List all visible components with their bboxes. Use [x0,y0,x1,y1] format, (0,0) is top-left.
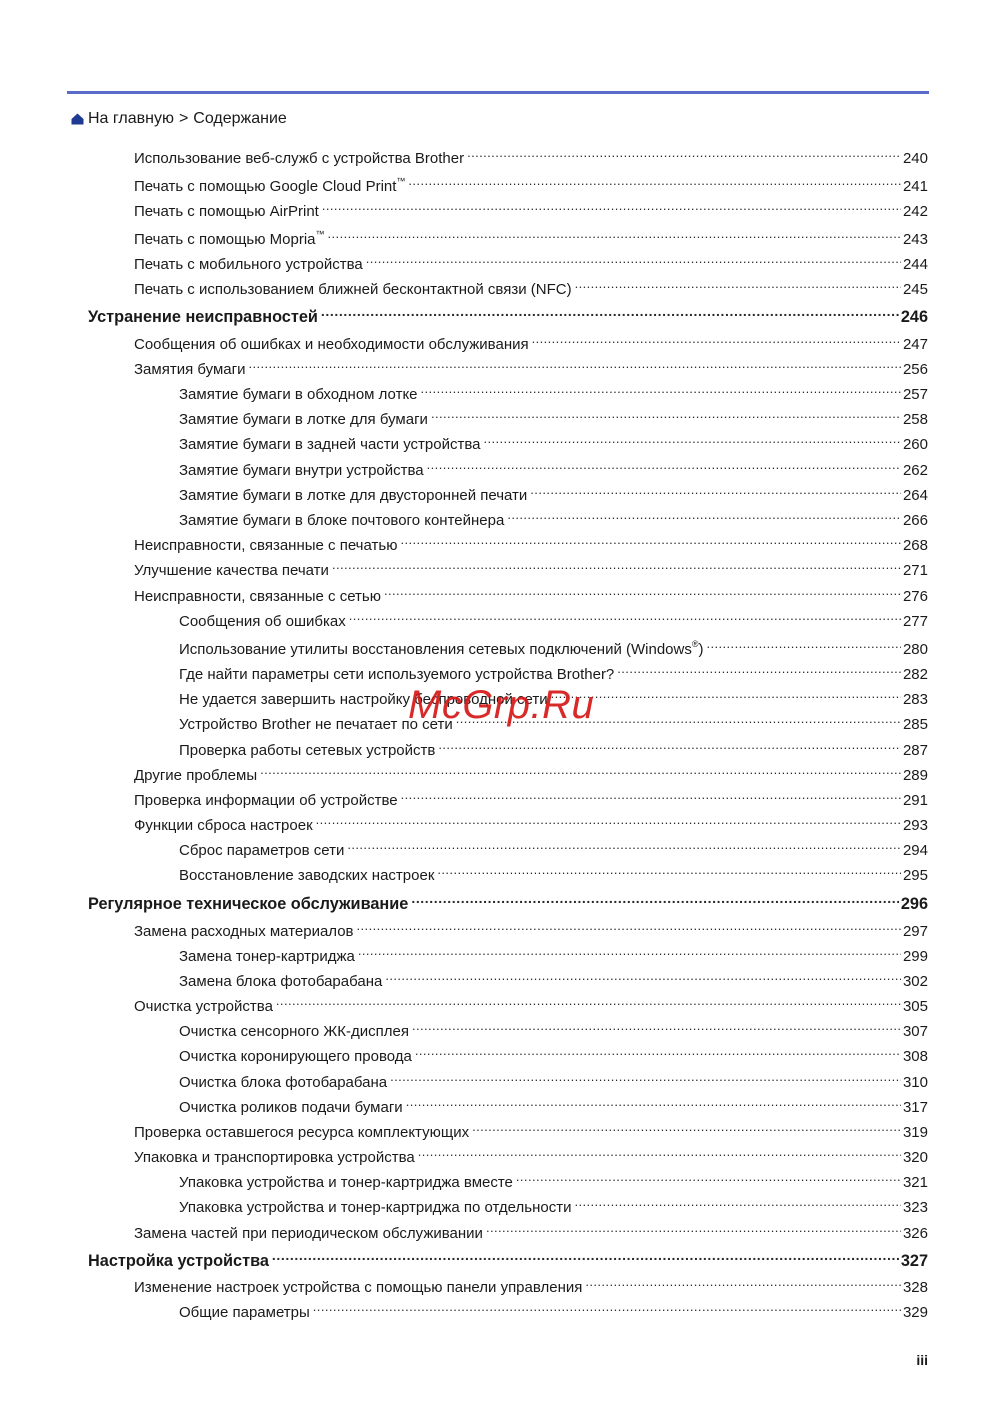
toc-page-number: 320 [901,1148,928,1168]
toc-page-number: 258 [901,410,928,430]
breadcrumb-separator: > [179,110,188,128]
dot-leader [321,302,899,322]
toc-entry-title: Замятие бумаги в блоке почтового контейн… [179,511,507,531]
toc-entry-title: Сообщения об ошибках [179,612,349,632]
toc-entry-title: Упаковка и транспортировка устройства [134,1148,418,1168]
toc-entry[interactable]: Печать с помощью Google Cloud Print™241 [134,171,928,191]
trademark-symbol: ® [692,639,699,649]
dot-leader [358,941,901,961]
dot-leader [316,810,901,830]
dot-leader [366,249,901,269]
dot-leader [313,1297,901,1317]
toc-entry-title: Очистка коронирующего провода [179,1047,415,1067]
dot-leader [408,171,901,191]
toc-entry-title: Очистка блока фотобарабана [179,1073,390,1093]
toc-entry[interactable]: Устройство Brother не печатает по сети28… [179,709,928,729]
toc-page-number: 317 [901,1098,928,1118]
dot-leader [276,991,901,1011]
dot-leader [706,634,900,654]
dot-leader [406,1092,901,1112]
toc-page-number: 262 [901,461,928,481]
toc-entry[interactable]: Сообщения об ошибках и необходимости обс… [134,329,928,349]
toc-page-number: 247 [901,335,928,355]
toc-page-number: 319 [901,1123,928,1143]
dot-leader [357,916,901,936]
toc-section-heading[interactable]: Устранение неисправностей246 [88,302,928,322]
toc-entry[interactable]: Очистка сенсорного ЖК-дисплея307 [179,1016,928,1036]
toc-entry[interactable]: Изменение настроек устройства с помощью … [134,1272,928,1292]
toc-entry[interactable]: Проверка информации об устройстве291 [134,785,928,805]
toc-page-number: 291 [901,791,928,811]
toc-page-number: 283 [901,690,928,710]
toc-page-number: 264 [901,486,928,506]
dot-leader [415,1041,901,1061]
toc-page-number: 310 [901,1073,928,1093]
toc-entry-title: Замятие бумаги в задней части устройства [179,435,484,455]
toc-page-number: 297 [901,922,928,942]
toc-entry-title: Упаковка устройства и тонер-картриджа вм… [179,1173,516,1193]
toc-entry[interactable]: Печать с использованием ближней бесконта… [134,274,928,294]
dot-leader [427,455,901,475]
breadcrumb-home-link[interactable]: На главную [88,110,174,128]
toc-entry[interactable]: Другие проблемы289 [134,760,928,780]
toc-entry-title: Печать с помощью AirPrint [134,202,322,222]
dot-leader [437,860,901,880]
dot-leader [516,1167,901,1187]
toc-page-number: 321 [901,1173,928,1193]
dot-leader [456,709,901,729]
toc-entry[interactable]: Не удается завершить настройку беспровод… [179,684,928,704]
toc-entry[interactable]: Функции сброса настроек293 [134,810,928,830]
toc-entry-title: Где найти параметры сети используемого у… [179,665,617,685]
toc-page-number: 302 [901,972,928,992]
toc-entry[interactable]: Неисправности, связанные с сетью276 [134,581,928,601]
toc-page-number: 244 [901,255,928,275]
toc-entry[interactable]: Замятия бумаги256 [134,354,928,374]
dot-leader [472,1117,901,1137]
toc-entry-title: Печать с помощью Google Cloud Print™ [134,177,408,197]
toc-entry[interactable]: Сообщения об ошибках277 [179,606,928,626]
breadcrumb: На главную > Содержание [71,109,287,129]
home-icon[interactable] [71,113,84,125]
toc-page-number: 282 [901,665,928,685]
toc-entry-title: Общие параметры [179,1303,313,1323]
toc-page-number: 277 [901,612,928,632]
toc-entry-title: Устранение неисправностей [88,307,321,327]
header-rule [67,91,929,94]
toc-entry[interactable]: Замятие бумаги в лотке для двусторонней … [179,480,928,500]
toc-entry[interactable]: Замятие бумаги в лотке для бумаги258 [179,404,928,424]
toc-entry-title: Очистка сенсорного ЖК-дисплея [179,1022,412,1042]
dot-leader [617,659,901,679]
toc-entry-title: Проверка оставшегося ресурса комплектующ… [134,1123,472,1143]
toc-page-number: 308 [901,1047,928,1067]
toc-entry[interactable]: Очистка устройства305 [134,991,928,1011]
toc-entry[interactable]: Использование утилиты восстановления сет… [179,634,928,654]
toc-entry[interactable]: Очистка роликов подачи бумаги317 [179,1092,928,1112]
dot-leader [322,196,901,216]
toc-entry-title: Замена расходных материалов [134,922,357,942]
toc-entry-title: Устройство Brother не печатает по сети [179,715,456,735]
toc-page-number: 246 [899,307,928,327]
dot-leader [467,143,901,163]
toc-entry[interactable]: Общие параметры329 [179,1297,928,1317]
toc-entry-title: Использование утилиты восстановления сет… [179,640,706,660]
toc-entry-title: Сообщения об ошибках и необходимости обс… [134,335,532,355]
breadcrumb-current-link[interactable]: Содержание [193,110,287,128]
toc-entry-title: Замятие бумаги в обходном лотке [179,385,421,405]
toc-page-number: 327 [899,1251,928,1271]
toc-page-number: 280 [901,640,928,660]
toc-entry-title: Использование веб-служб с устройства Bro… [134,149,467,169]
dot-leader [431,404,901,424]
toc-entry-title: Регулярное техническое обслуживание [88,894,411,914]
toc-page-number: 296 [899,894,928,914]
toc-entry-title: Неисправности, связанные с печатью [134,536,400,556]
dot-leader [530,480,901,500]
toc-page-number: 294 [901,841,928,861]
toc-page-number: 256 [901,360,928,380]
dot-leader [484,429,901,449]
trademark-symbol: ™ [316,229,325,239]
toc-entry-title: Замена частей при периодическом обслужив… [134,1224,486,1244]
toc-entry-title: Сброс параметров сети [179,841,347,861]
dot-leader [332,555,901,575]
toc-entry-title: Замятие бумаги внутри устройства [179,461,427,481]
dot-leader [418,1142,901,1162]
toc-entry[interactable]: Печать с помощью Mopria™243 [134,224,928,244]
toc-entry[interactable]: Замятие бумаги в обходном лотке257 [179,379,928,399]
toc-page-number: 276 [901,587,928,607]
toc-entry[interactable]: Упаковка и транспортировка устройства320 [134,1142,928,1162]
toc-page-number: 285 [901,715,928,735]
toc-entry[interactable]: Очистка коронирующего провода308 [179,1041,928,1061]
toc-entry[interactable]: Где найти параметры сети используемого у… [179,659,928,679]
toc-entry-title: Неисправности, связанные с сетью [134,587,384,607]
toc-entry-title: Очистка роликов подачи бумаги [179,1098,406,1118]
toc-page-number: 305 [901,997,928,1017]
toc-entry-title: Печать с помощью Mopria™ [134,230,328,250]
dot-leader [486,1218,901,1238]
toc-entry-title: Очистка устройства [134,997,276,1017]
toc-entry[interactable]: Замена расходных материалов297 [134,916,928,936]
toc-page-number: 271 [901,561,928,581]
toc-entry-title: Настройка устройства [88,1251,272,1271]
toc-page-number: 307 [901,1022,928,1042]
toc-entry[interactable]: Упаковка устройства и тонер-картриджа по… [179,1192,928,1212]
toc-entry[interactable]: Замятие бумаги в задней части устройства… [179,429,928,449]
toc-page-number: 299 [901,947,928,967]
toc-entry[interactable]: Печать с мобильного устройства244 [134,249,928,269]
toc-entry-title: Другие проблемы [134,766,260,786]
dot-leader [438,735,901,755]
toc-entry-title: Не удается завершить настройку беспровод… [179,690,551,710]
toc-entry-title: Замятия бумаги [134,360,248,380]
toc-entry[interactable]: Проверка оставшегося ресурса комплектующ… [134,1117,928,1137]
toc-page-number: 257 [901,385,928,405]
dot-leader [412,1016,901,1036]
dot-leader [385,966,901,986]
toc-entry[interactable]: Очистка блока фотобарабана310 [179,1067,928,1087]
dot-leader [347,835,901,855]
toc-entry-title: Печать с использованием ближней бесконта… [134,280,575,300]
toc-entry[interactable]: Замена частей при периодическом обслужив… [134,1218,928,1238]
toc-page-number: 268 [901,536,928,556]
toc-section-heading[interactable]: Настройка устройства327 [88,1246,928,1266]
dot-leader [349,606,901,626]
dot-leader [248,354,900,374]
dot-leader [421,379,901,399]
toc-entry[interactable]: Улучшение качества печати271 [134,555,928,575]
toc-entry[interactable]: Упаковка устройства и тонер-картриджа вм… [179,1167,928,1187]
toc-page-number: 240 [901,149,928,169]
toc-page-number: 242 [901,202,928,222]
toc-entry-title: Функции сброса настроек [134,816,316,836]
toc-entry-title: Замена тонер-картриджа [179,947,358,967]
dot-leader [401,785,901,805]
dot-leader [551,684,901,704]
toc-entry-title: Замятие бумаги в лотке для двусторонней … [179,486,530,506]
toc-entry[interactable]: Печать с помощью AirPrint242 [134,196,928,216]
dot-leader [507,505,901,525]
toc-entry[interactable]: Замена тонер-картриджа299 [179,941,928,961]
toc-entry-title: Восстановление заводских настроек [179,866,437,886]
toc-entry[interactable]: Замена блока фотобарабана302 [179,966,928,986]
toc-entry[interactable]: Восстановление заводских настроек295 [179,860,928,880]
dot-leader [411,889,899,909]
toc-page-number: 328 [901,1278,928,1298]
trademark-symbol: ™ [396,176,405,186]
toc-entry-title: Замена блока фотобарабана [179,972,385,992]
dot-leader [585,1272,901,1292]
toc-entry-title: Проверка работы сетевых устройств [179,741,438,761]
toc-entry-title: Изменение настроек устройства с помощью … [134,1278,585,1298]
toc-page-number: 245 [901,280,928,300]
dot-leader [384,581,901,601]
toc-entry[interactable]: Использование веб-служб с устройства Bro… [134,143,928,163]
toc-entry-title: Упаковка устройства и тонер-картриджа по… [179,1198,574,1218]
dot-leader [575,274,901,294]
toc-section-heading[interactable]: Регулярное техническое обслуживание296 [88,889,928,909]
toc-entry-title: Замятие бумаги в лотке для бумаги [179,410,431,430]
toc-entry[interactable]: Проверка работы сетевых устройств287 [179,735,928,755]
dot-leader [272,1246,899,1266]
toc-page-number: 323 [901,1198,928,1218]
dot-leader [400,530,901,550]
toc-page-number: 266 [901,511,928,531]
toc-page-number: 329 [901,1303,928,1323]
toc-entry-title: Улучшение качества печати [134,561,332,581]
toc-entry[interactable]: Замятие бумаги в блоке почтового контейн… [179,505,928,525]
toc-entry[interactable]: Замятие бумаги внутри устройства262 [179,455,928,475]
toc-page-number: 241 [901,177,928,197]
toc-page-number: 295 [901,866,928,886]
dot-leader [328,224,901,244]
page-number: iii [916,1352,928,1368]
dot-leader [390,1067,901,1087]
dot-leader [574,1192,901,1212]
toc-entry[interactable]: Сброс параметров сети294 [179,835,928,855]
toc-page-number: 326 [901,1224,928,1244]
toc-page-number: 293 [901,816,928,836]
toc-page-number: 243 [901,230,928,250]
toc-page-number: 260 [901,435,928,455]
toc-page-number: 289 [901,766,928,786]
toc-entry[interactable]: Неисправности, связанные с печатью268 [134,530,928,550]
toc-entry-title: Проверка информации об устройстве [134,791,401,811]
dot-leader [260,760,901,780]
dot-leader [532,329,901,349]
toc-page-number: 287 [901,741,928,761]
toc-entry-title: Печать с мобильного устройства [134,255,366,275]
